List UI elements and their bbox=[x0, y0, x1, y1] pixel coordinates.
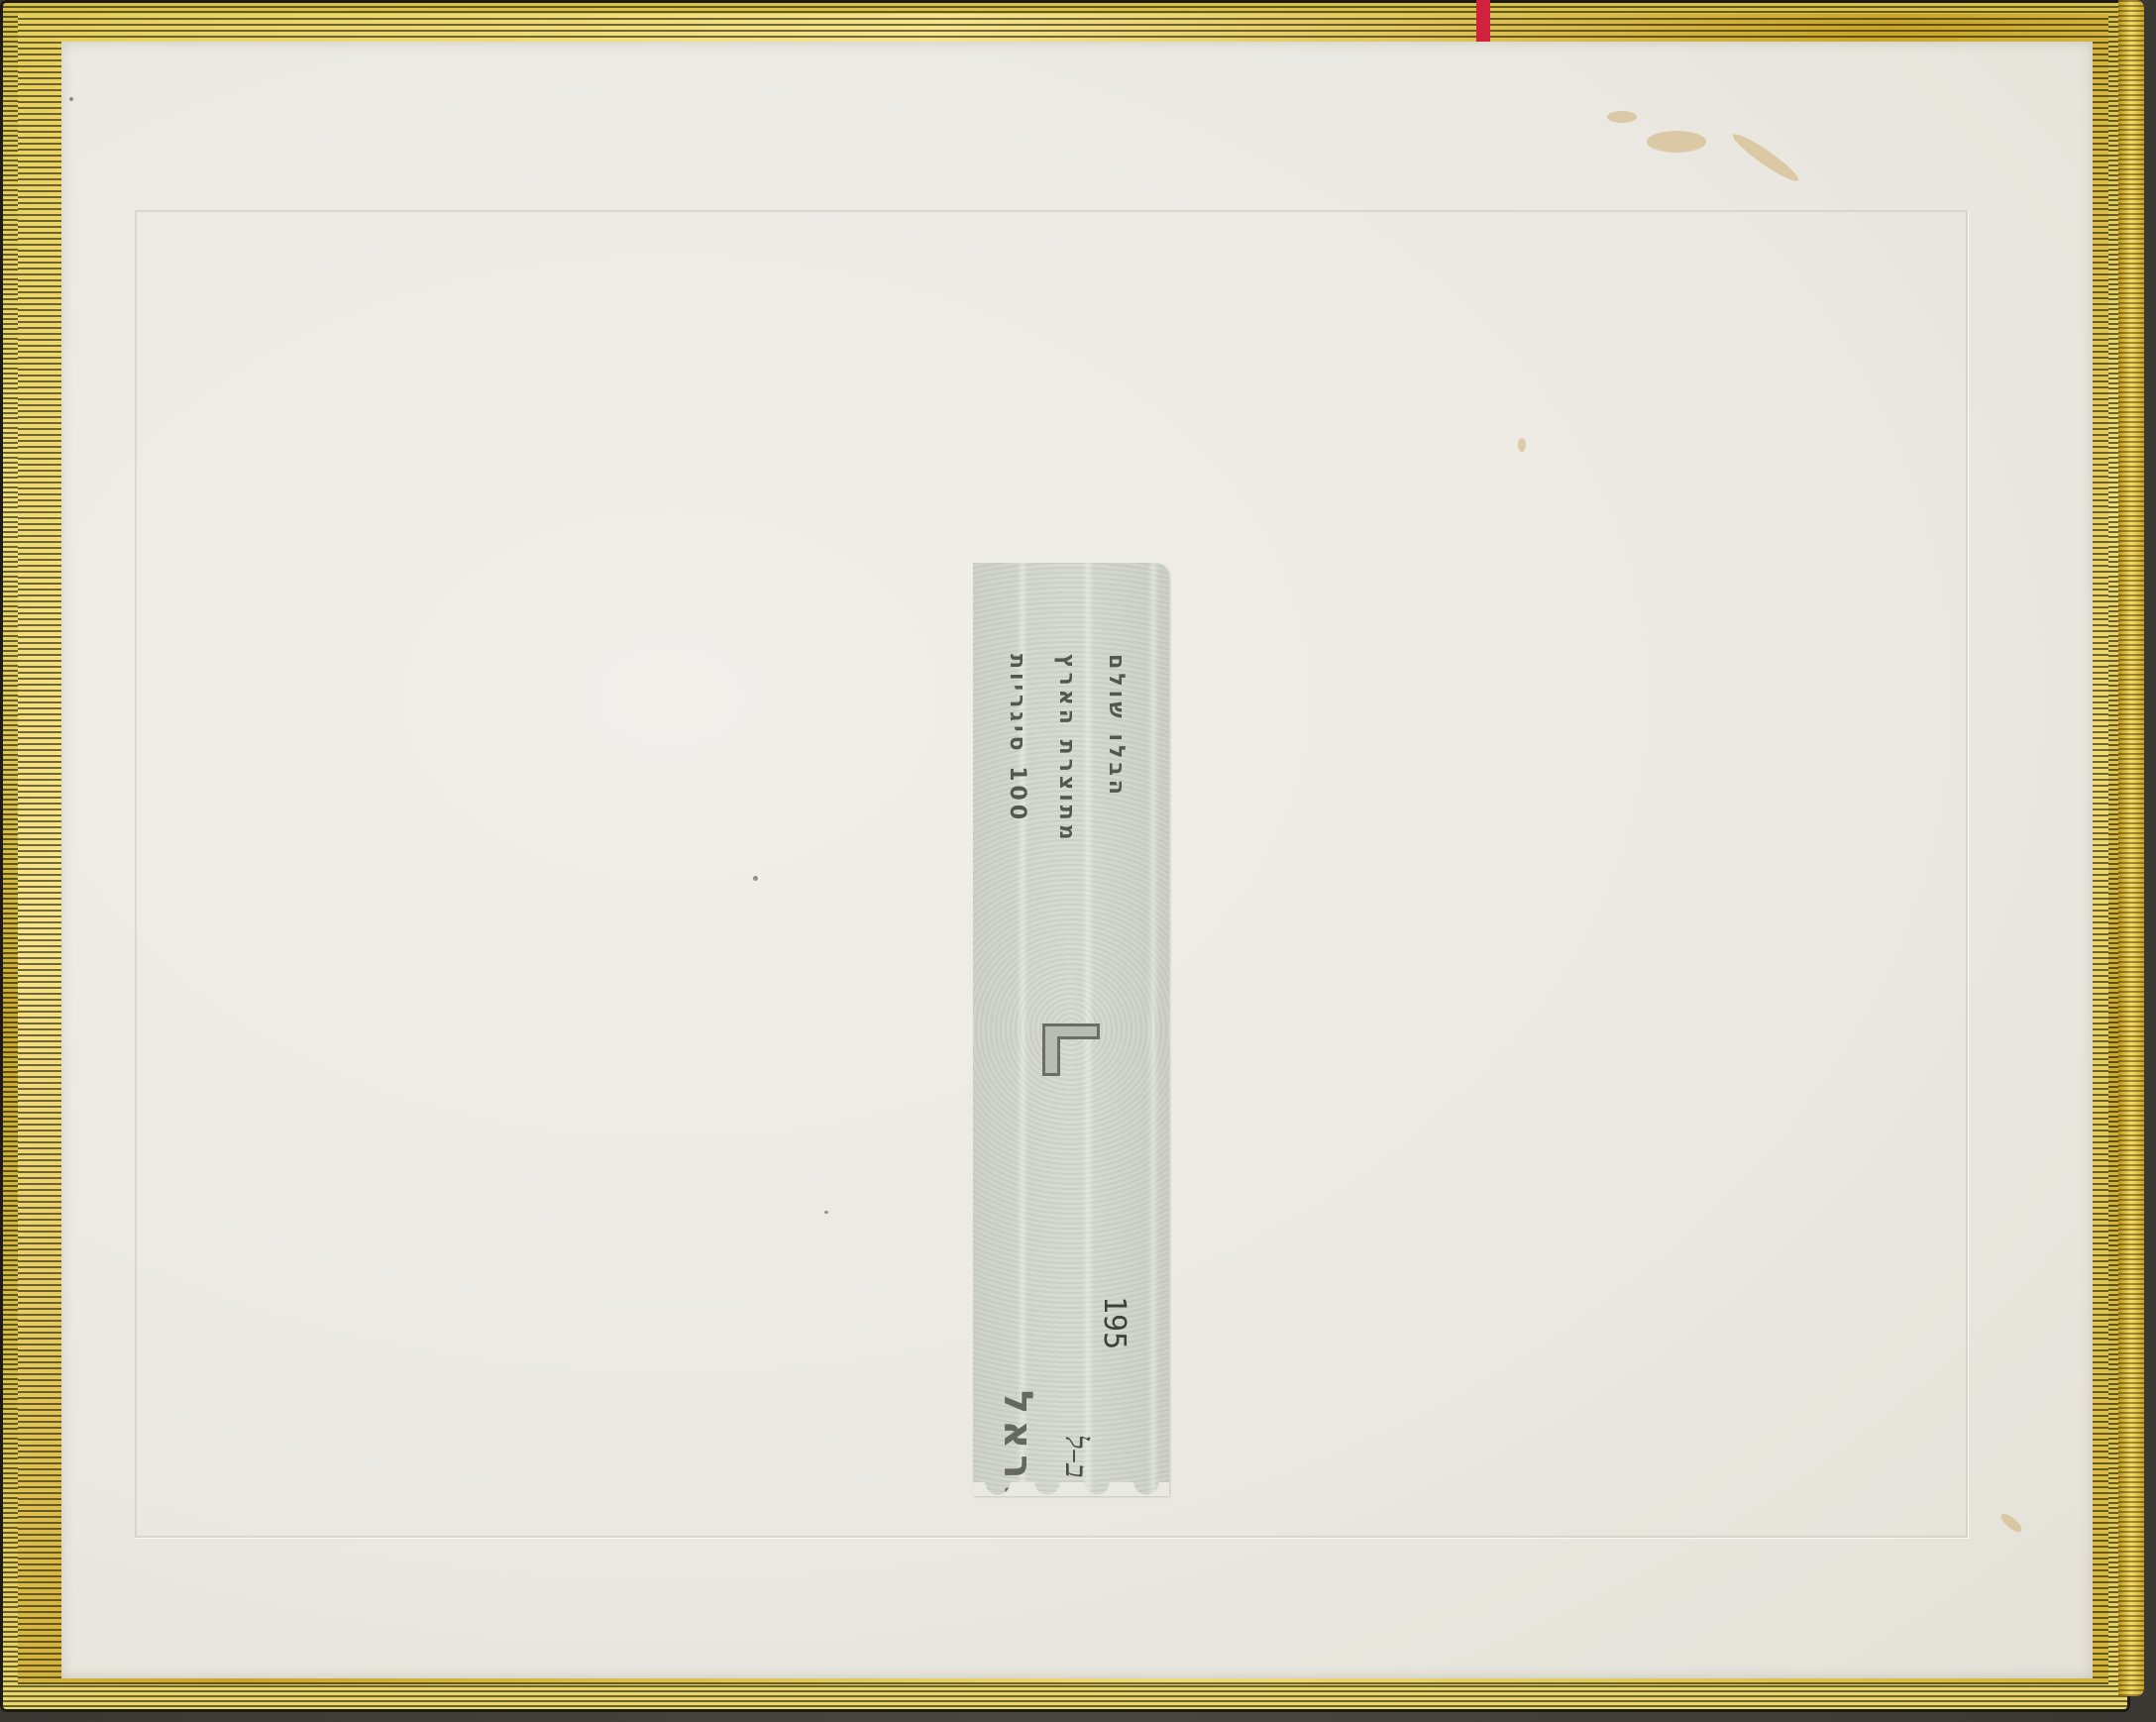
stain bbox=[1607, 111, 1637, 123]
excise-tax-stamp: הבלו שולם מתוצרת הארץ 100 סיגריות 195 ב–… bbox=[973, 563, 1169, 1496]
stamp-line-made-in-land: מתוצרת הארץ bbox=[1054, 654, 1079, 844]
stamp-torn-edge bbox=[973, 1482, 1169, 1496]
stain bbox=[1647, 131, 1706, 153]
red-tear-strip bbox=[1476, 0, 1490, 42]
stamp-serial: 195 bbox=[1097, 1296, 1132, 1349]
stamp-line-quantity: 100 סיגריות bbox=[1005, 654, 1029, 823]
stamp-country: ישראל bbox=[995, 1390, 1040, 1496]
stamp-line-excise-paid: הבלו שולם bbox=[1104, 654, 1129, 799]
dust-speck bbox=[69, 97, 73, 101]
stain bbox=[1729, 129, 1802, 185]
stain bbox=[1998, 1511, 2024, 1535]
box-side-edge bbox=[2118, 0, 2144, 1696]
denomination-glyph-icon bbox=[1042, 1023, 1100, 1077]
handwritten-mark: ב–ל bbox=[1058, 1435, 1093, 1478]
